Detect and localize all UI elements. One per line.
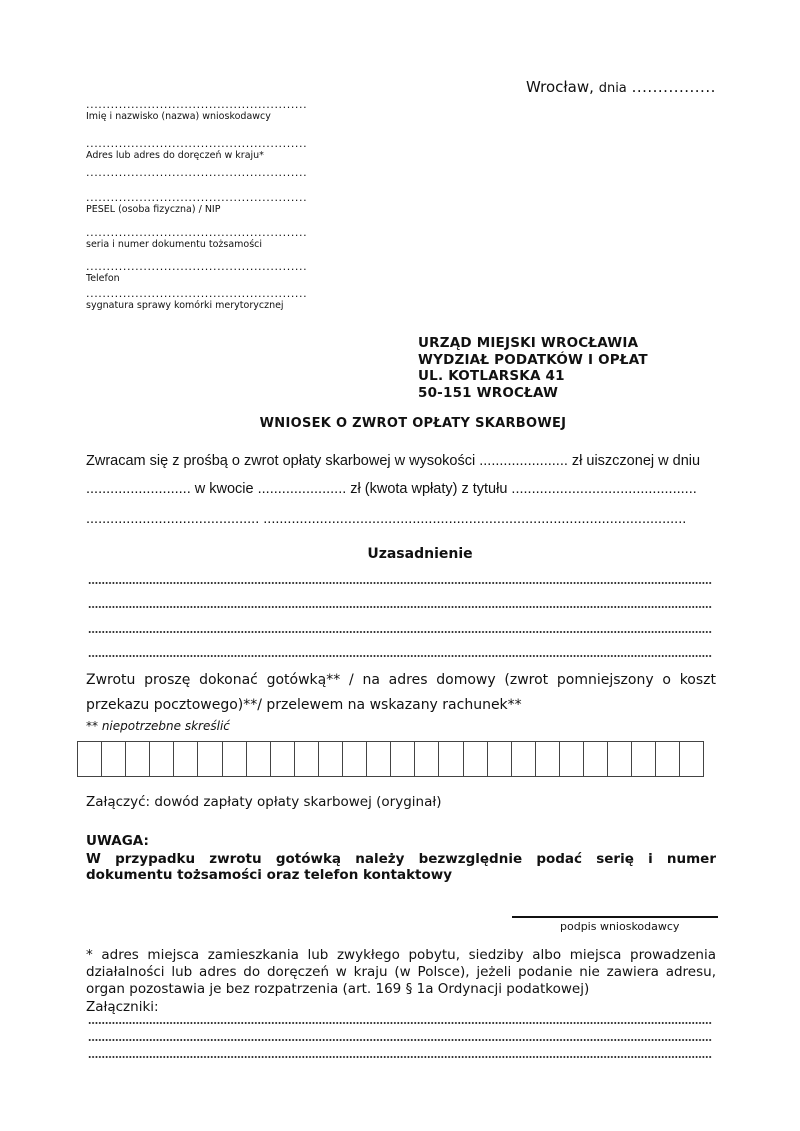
field-label: seria i numer dokumentu tożsamości [86,239,356,251]
request-line-2[interactable]: .......................... w kwocie ....… [86,481,716,497]
date-label: dnia [599,81,627,96]
account-digit-box[interactable] [247,741,271,777]
field-label: PESEL (osoba fizyczna) / NIP [86,204,356,216]
fill-line[interactable]: ........................................… [86,289,356,299]
applicant-phone-field: ........................................… [86,262,356,285]
strike-note: ** niepotrzebne skreślić [86,719,230,733]
field-label: Telefon [86,273,356,285]
account-digit-box[interactable] [584,741,608,777]
field-label: Imię i nazwisko (nazwa) wnioskodawcy [86,111,356,123]
account-digit-box[interactable] [223,741,247,777]
account-digit-box[interactable] [560,741,584,777]
account-digit-box[interactable] [656,741,680,777]
date-field[interactable]: ................ [632,78,716,96]
attach-instruction: Załączyć: dowód zapłaty opłaty skarbowej… [86,794,441,810]
document-title-text: WNIOSEK O ZWROT OPŁATY SKARBOWEJ [260,416,567,431]
account-digit-box[interactable] [343,741,367,777]
account-digit-box[interactable] [488,741,512,777]
addressee-line: URZĄD MIEJSKI WROCŁAWIA [418,335,648,352]
addressee-line: WYDZIAŁ PODATKÓW I OPŁAT [418,352,648,369]
field-label: sygnatura sprawy komórki merytorycznej [86,300,356,312]
addressee-block: URZĄD MIEJSKI WROCŁAWIA WYDZIAŁ PODATKÓW… [418,335,648,401]
account-digit-box[interactable] [126,741,150,777]
addressee-line: 50-151 WROCŁAW [418,385,648,402]
case-reference-field: ........................................… [86,289,356,312]
refund-method-text: Zwrotu proszę dokonać gotówką** / na adr… [86,668,716,718]
fill-line[interactable]: ........................................… [86,100,356,110]
fill-line[interactable]: ........................................… [86,139,356,149]
justification-line[interactable] [88,604,712,610]
place-date: Wrocław, dnia ................ [526,78,716,96]
justification-line[interactable] [88,629,712,635]
justification-line[interactable] [88,580,712,586]
bank-account-boxes [77,741,704,777]
applicant-pesel-nip-field: ........................................… [86,193,356,216]
attachment-line[interactable] [88,1020,712,1026]
account-digit-box[interactable] [680,741,704,777]
fill-line[interactable]: ........................................… [86,228,356,238]
applicant-name-field: ........................................… [86,100,356,123]
place-text: Wrocław, [526,78,594,96]
attachment-line[interactable] [88,1037,712,1043]
account-digit-box[interactable] [367,741,391,777]
account-digit-box[interactable] [608,741,632,777]
account-digit-box[interactable] [415,741,439,777]
account-digit-box[interactable] [512,741,536,777]
account-digit-box[interactable] [102,741,126,777]
attachments-label: Załączniki: [86,999,159,1015]
account-digit-box[interactable] [632,741,656,777]
request-line-3[interactable]: ........................................… [86,511,716,527]
signature-label: podpis wnioskodawcy [560,920,679,933]
account-digit-box[interactable] [439,741,463,777]
warning-heading: UWAGA: [86,833,149,849]
account-digit-box[interactable] [271,741,295,777]
document-title: WNIOSEK O ZWROT OPŁATY SKARBOWEJ [0,416,800,431]
fill-line-extra[interactable]: ........................................… [86,168,356,178]
address-footnote: * adres miejsca zamieszkania lub zwykłeg… [86,947,716,998]
addressee-line: UL. KOTLARSKA 41 [418,368,648,385]
justification-heading: Uzasadnienie [0,546,800,562]
request-line-1[interactable]: Zwracam się z prośbą o zwrot opłaty skar… [86,453,716,469]
applicant-address-field: ........................................… [86,139,356,178]
signature-line[interactable] [512,916,718,918]
applicant-id-document-field: ........................................… [86,228,356,251]
account-digit-box[interactable] [78,741,102,777]
fill-line[interactable]: ........................................… [86,193,356,203]
account-digit-box[interactable] [174,741,198,777]
account-digit-box[interactable] [536,741,560,777]
justification-heading-text: Uzasadnienie [367,546,472,562]
fill-line[interactable]: ........................................… [86,262,356,272]
account-digit-box[interactable] [319,741,343,777]
account-digit-box[interactable] [295,741,319,777]
warning-text: W przypadku zwrotu gotówką należy bezwzg… [86,851,716,883]
account-digit-box[interactable] [464,741,488,777]
account-digit-box[interactable] [391,741,415,777]
justification-line[interactable] [88,653,712,659]
account-digit-box[interactable] [150,741,174,777]
account-digit-box[interactable] [198,741,222,777]
field-label: Adres lub adres do doręczeń w kraju* [86,150,356,162]
attachment-line[interactable] [88,1054,712,1060]
